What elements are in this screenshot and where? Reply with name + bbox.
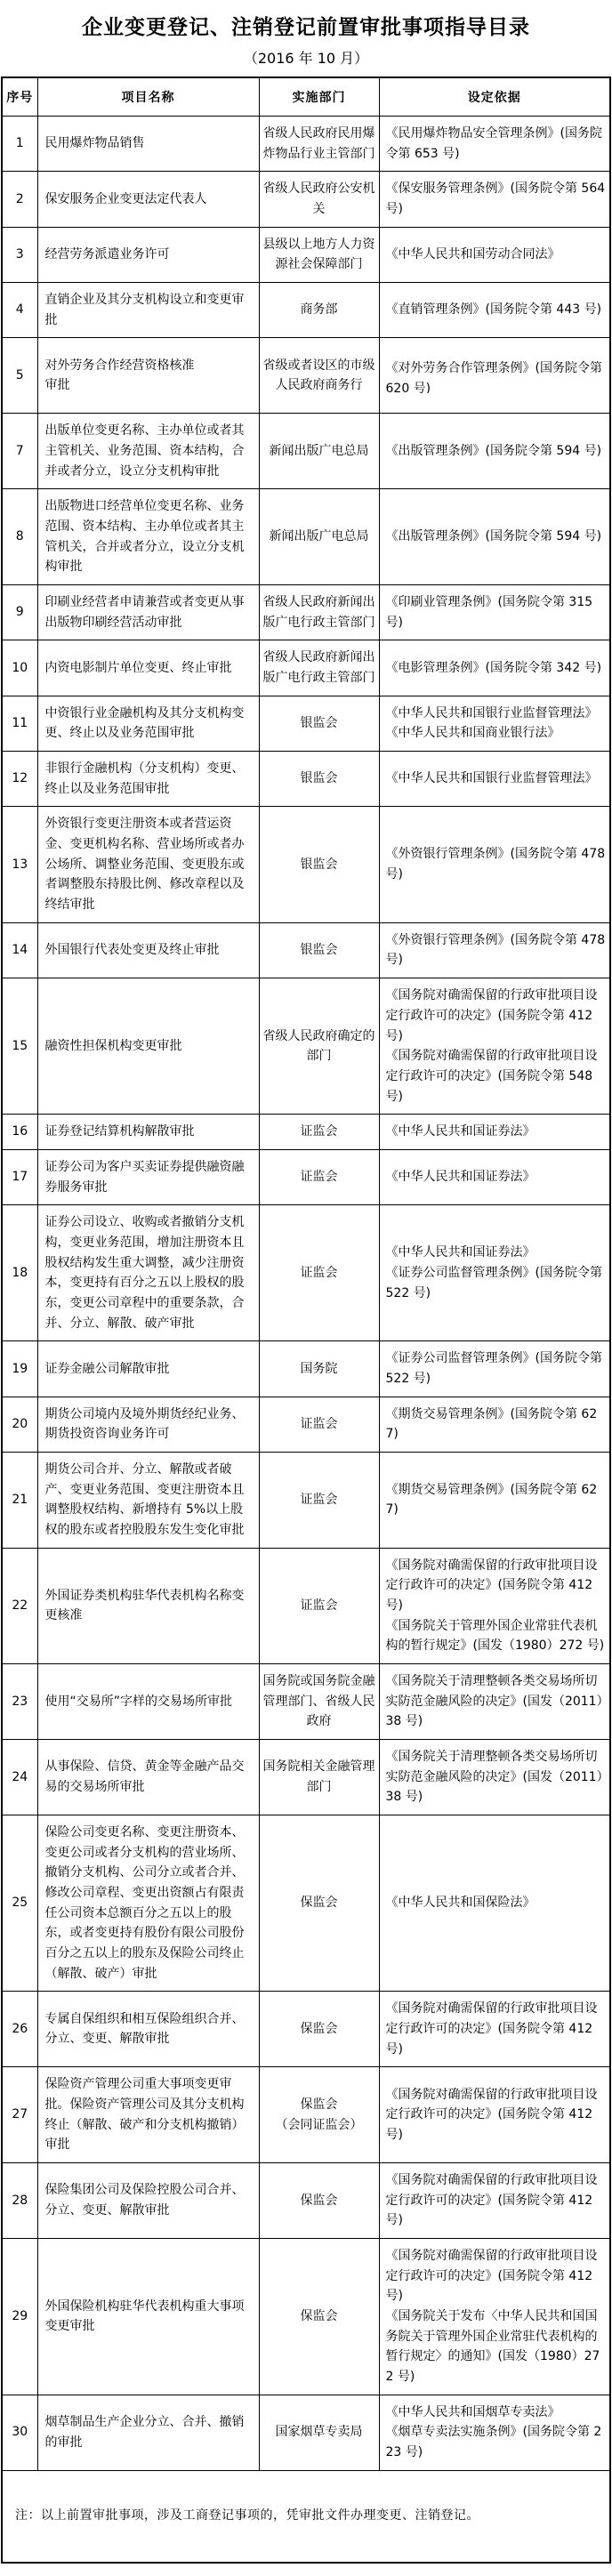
- legal-basis-cell: 《证券公司监督管理条例》(国务院令第 522 号): [379, 1341, 610, 1397]
- legal-basis-item: 《期货交易管理条例》(国务院令第 627): [386, 1480, 608, 1520]
- legal-basis-item: 《外资银行管理条例》(国务院令第 478 号): [386, 930, 608, 970]
- department-cell: 保监会: [259, 2239, 379, 2395]
- project-name-cell: 保险公司变更名称、变更注册资本、变更公司或者分支机构的营业场所、撤销分支机构、公…: [37, 1815, 259, 1992]
- legal-basis-text: 《中华人民共和国证券法》: [386, 1122, 608, 1142]
- seq-cell: 16: [2, 1115, 37, 1150]
- legal-basis-cell: 《电影管理条例》(国务院令第 342 号): [379, 640, 610, 696]
- department-cell: 证监会: [259, 1548, 379, 1663]
- seq-cell: 17: [2, 1149, 37, 1204]
- legal-basis-cell: 《中华人民共和国证券法》: [379, 1115, 610, 1150]
- department-cell: 国务院相关金融管理部门: [259, 1739, 379, 1815]
- legal-basis-item: 《烟草专卖法实施条例》(国务院令第 223 号): [386, 2422, 608, 2462]
- legal-basis-item: 《证券公司监督管理条例》(国务院令第 522 号): [386, 1263, 608, 1303]
- legal-basis-text: 《保安服务管理条例》(国务院令第 564 号): [386, 179, 608, 219]
- legal-basis-text: 《民用爆炸物品安全管理条例》(国务院令第 653 号): [386, 124, 608, 164]
- legal-basis-cell: 《出版管理条例》(国务院令第 594 号): [379, 489, 610, 585]
- legal-basis-item: 《民用爆炸物品安全管理条例》(国务院令第 653 号): [386, 124, 608, 164]
- legal-basis-text: 《国务院对确需保留的行政审批项目设定行政许可的决定》(国务院令第 412 号): [386, 1999, 608, 2059]
- note-row: 注：以上前置审批事项，涉及工商登记事项的，凭审批文件办理变更、注销登记。: [2, 2470, 610, 2563]
- project-name-cell: 民用爆炸物品销售: [37, 117, 259, 172]
- project-name-cell: 出版单位变更名称、主办单位或者其主管机关、业务范围、资本结构，合并或者分立，设立…: [37, 414, 259, 489]
- seq-cell: 19: [2, 1341, 37, 1397]
- legal-basis-text: 《国务院对确需保留的行政审批项目设定行政许可的决定》(国务院令第 412 号): [386, 2170, 608, 2231]
- department-cell: 证监会: [259, 1205, 379, 1341]
- legal-basis-cell: 《保安服务管理条例》(国务院令第 564 号): [379, 172, 610, 227]
- catalog-table: 序号项目名称实施部门设定依据 1民用爆炸物品销售省级人民政府民用爆炸物品行业主管…: [1, 76, 611, 2564]
- seq-cell: 15: [2, 978, 37, 1115]
- table-row: 2保安服务企业变更法定代表人省级人民政府公安机关《保安服务管理条例》(国务院令第…: [2, 172, 610, 227]
- legal-basis-cell: 《对外劳务合作管理条例》(国务院令第 620 号): [379, 338, 610, 414]
- department-cell: 省级人民政府民用爆炸物品行业主管部门: [259, 117, 379, 172]
- project-name-cell: 非银行金融机构（分支机构）变更、终止以及业务范围审批: [37, 752, 259, 807]
- column-header-1: 项目名称: [37, 77, 259, 117]
- project-name-cell: 内资电影制片单位变更、终止审批: [37, 640, 259, 696]
- table-row: 27保险资产管理公司重大事项变更审批。保险资产管理公司及其分支机构终止（解散、破…: [2, 2067, 610, 2163]
- department-cell: 省级人民政府确定的部门: [259, 978, 379, 1115]
- legal-basis-cell: 《中华人民共和国银行业监督管理法》《中华人民共和国商业银行法》: [379, 696, 610, 751]
- seq-cell: 28: [2, 2163, 37, 2239]
- department-cell: 新闻出版广电总局: [259, 414, 379, 489]
- department-cell: 证监会: [259, 1452, 379, 1548]
- legal-basis-text: 《外资银行管理条例》(国务院令第 478 号): [386, 930, 608, 970]
- table-row: 12非银行金融机构（分支机构）变更、终止以及业务范围审批银监会《中华人民共和国银…: [2, 752, 610, 807]
- project-name-cell: 对外劳务合作经营资格核准 审批: [37, 338, 259, 414]
- legal-basis-cell: 《中华人民共和国劳动合同法》: [379, 227, 610, 282]
- footnote: 注：以上前置审批事项，涉及工商登记事项的，凭审批文件办理变更、注销登记。: [2, 2470, 610, 2563]
- project-name-cell: 烟草制品生产企业分立、合并、撤销的审批: [37, 2395, 259, 2470]
- legal-basis-item: 《国务院关于发布〈中华人民共和国国务院关于管理外国企业常驻代表机构的暂行规定〉的…: [386, 2306, 608, 2387]
- seq-cell: 13: [2, 807, 37, 922]
- table-row: 9印刷业经营者申请兼营或者变更从事出版物印刷经营活动审批省级人民政府新闻出版广电…: [2, 585, 610, 640]
- seq-cell: 24: [2, 1739, 37, 1815]
- legal-basis-text: 《出版管理条例》(国务院令第 594 号): [386, 441, 608, 462]
- legal-basis-text: 《期货交易管理条例》(国务院令第 627): [386, 1405, 608, 1445]
- table-row: 13外资银行变更注册资本或者营运资金、变更机构名称、营业场所或者办公场所、调整业…: [2, 807, 610, 922]
- legal-basis-text: 《中华人民共和国银行业监督管理法》: [386, 769, 608, 789]
- project-name-cell: 保险资产管理公司重大事项变更审批。保险资产管理公司及其分支机构终止（解散、破产和…: [37, 2067, 259, 2163]
- legal-basis-cell: 《国务院对确需保留的行政审批项目设定行政许可的决定》(国务院令第 412 号)《…: [379, 2239, 610, 2395]
- table-row: 25保险公司变更名称、变更注册资本、变更公司或者分支机构的营业场所、撤销分支机构…: [2, 1815, 610, 1992]
- seq-cell: 9: [2, 585, 37, 640]
- legal-basis-text: 《印刷业管理条例》(国务院令第 315 号): [386, 592, 608, 632]
- column-header-0: 序号: [2, 77, 37, 117]
- table-row: 23使用“交易所”字样的交易场所审批国务院或国务院金融管理部门、省级人民政府《国…: [2, 1663, 610, 1739]
- department-cell: 银监会: [259, 696, 379, 751]
- legal-basis-cell: 《期货交易管理条例》(国务院令第 627): [379, 1452, 610, 1548]
- seq-cell: 18: [2, 1205, 37, 1341]
- seq-cell: 5: [2, 338, 37, 414]
- legal-basis-item: 《保安服务管理条例》(国务院令第 564 号): [386, 179, 608, 219]
- table-row: 4直销企业及其分支机构设立和变更审批商务部《直销管理条例》(国务院令第 443 …: [2, 283, 610, 338]
- legal-basis-item: 《电影管理条例》(国务院令第 342 号): [386, 658, 608, 679]
- legal-basis-cell: 《中华人民共和国银行业监督管理法》: [379, 752, 610, 807]
- department-cell: 国家烟草专卖局: [259, 2395, 379, 2470]
- legal-basis-item: 《中华人民共和国证券法》: [386, 1167, 608, 1187]
- legal-basis-item: 《国务院对确需保留的行政审批项目设定行政许可的决定》(国务院令第 412 号): [386, 2170, 608, 2231]
- legal-basis-text: 《中华人民共和国保险法》: [386, 1893, 608, 1913]
- seq-cell: 27: [2, 2067, 37, 2163]
- legal-basis-item: 《中华人民共和国证券法》: [386, 1122, 608, 1142]
- table-row: 18证券公司设立、收购或者撤销分支机构，变更业务范围，增加注册资本且股权结构发生…: [2, 1205, 610, 1341]
- legal-basis-item: 《中华人民共和国证券法》: [386, 1243, 608, 1263]
- seq-cell: 14: [2, 922, 37, 978]
- department-cell: 银监会: [259, 922, 379, 978]
- legal-basis-item: 《国务院对确需保留的行政审批项目设定行政许可的决定》(国务院令第 412 号): [386, 986, 608, 1046]
- column-header-3: 设定依据: [379, 77, 610, 117]
- seq-cell: 20: [2, 1397, 37, 1452]
- legal-basis-item: 《国务院对确需保留的行政审批项目设定行政许可的决定》(国务院令第 412 号): [386, 1556, 608, 1616]
- table-row: 28保险集团公司及保险控股公司合并、分立、变更、解散审批保监会《国务院对确需保留…: [2, 2163, 610, 2239]
- legal-basis-text: 《中华人民共和国证券法》《证券公司监督管理条例》(国务院令第 522 号): [386, 1243, 608, 1303]
- document: 企业变更登记、注销登记前置审批事项指导目录 （2016 年 10 月） 序号项目…: [0, 0, 612, 2576]
- department-cell: 县级以上地方人力资源社会保障部门: [259, 227, 379, 282]
- table-row: 7出版单位变更名称、主办单位或者其主管机关、业务范围、资本结构，合并或者分立，设…: [2, 414, 610, 489]
- project-name-cell: 证券公司设立、收购或者撤销分支机构，变更业务范围，增加注册资本且股权结构发生重大…: [37, 1205, 259, 1341]
- legal-basis-item: 《国务院对确需保留的行政审批项目设定行政许可的决定》(国务院令第 412 号): [386, 2246, 608, 2306]
- legal-basis-cell: 《印刷业管理条例》(国务院令第 315 号): [379, 585, 610, 640]
- seq-cell: 21: [2, 1452, 37, 1548]
- legal-basis-text: 《国务院对确需保留的行政审批项目设定行政许可的决定》(国务院令第 412 号)《…: [386, 2246, 608, 2387]
- legal-basis-text: 《证券公司监督管理条例》(国务院令第 522 号): [386, 1348, 608, 1389]
- table-row: 8出版物进口经营单位变更名称、业务范围、资本结构、主办单位或者其主管机关，合并或…: [2, 489, 610, 585]
- table-body: 1民用爆炸物品销售省级人民政府民用爆炸物品行业主管部门《民用爆炸物品安全管理条例…: [2, 117, 610, 2563]
- legal-basis-cell: 《期货交易管理条例》(国务院令第 627): [379, 1397, 610, 1452]
- legal-basis-text: 《中华人民共和国劳动合同法》: [386, 245, 608, 265]
- project-name-cell: 外国保险机构驻华代表机构重大事项变更审批: [37, 2239, 259, 2395]
- project-name-cell: 出版物进口经营单位变更名称、业务范围、资本结构、主办单位或者其主管机关，合并或者…: [37, 489, 259, 585]
- legal-basis-item: 《国务院关于清理整顿各类交易场所切实防范金融风险的决定》(国发（2011）38 …: [386, 1747, 608, 1807]
- seq-cell: 1: [2, 117, 37, 172]
- legal-basis-item: 《出版管理条例》(国务院令第 594 号): [386, 441, 608, 462]
- table-row: 24从事保险、信贷、黄金等金融产品交易的交易场所审批国务院相关金融管理部门《国务…: [2, 1739, 610, 1815]
- project-name-cell: 直销企业及其分支机构设立和变更审批: [37, 283, 259, 338]
- legal-basis-cell: 《国务院对确需保留的行政审批项目设定行政许可的决定》(国务院令第 412 号): [379, 2067, 610, 2163]
- project-name-cell: 证券公司为客户买卖证券提供融资融券服务审批: [37, 1149, 259, 1204]
- legal-basis-text: 《国务院对确需保留的行政审批项目设定行政许可的决定》(国务院令第 412 号)《…: [386, 1556, 608, 1656]
- column-header-2: 实施部门: [259, 77, 379, 117]
- legal-basis-item: 《中华人民共和国银行业监督管理法》: [386, 704, 608, 724]
- department-cell: 省级或者设区的市级人民政府商务行: [259, 338, 379, 414]
- table-row: 16证券登记结算机构解散审批证监会《中华人民共和国证券法》: [2, 1115, 610, 1150]
- legal-basis-text: 《出版管理条例》(国务院令第 594 号): [386, 527, 608, 547]
- legal-basis-item: 《中华人民共和国劳动合同法》: [386, 245, 608, 265]
- legal-basis-text: 《国务院对确需保留的行政审批项目设定行政许可的决定》(国务院令第 412 号)《…: [386, 986, 608, 1107]
- legal-basis-text: 《国务院对确需保留的行政审批项目设定行政许可的决定》(国务院令第 412 号): [386, 2085, 608, 2145]
- legal-basis-cell: 《外资银行管理条例》(国务院令第 478 号): [379, 807, 610, 922]
- table-row: 21期货公司合并、分立、解散或者破产、变更业务范围、变更注册资本且调整股权结构、…: [2, 1452, 610, 1548]
- legal-basis-cell: 《国务院对确需保留的行政审批项目设定行政许可的决定》(国务院令第 412 号)《…: [379, 978, 610, 1115]
- legal-basis-text: 《期货交易管理条例》(国务院令第 627): [386, 1480, 608, 1520]
- project-name-cell: 从事保险、信贷、黄金等金融产品交易的交易场所审批: [37, 1739, 259, 1815]
- seq-cell: 11: [2, 696, 37, 751]
- seq-cell: 7: [2, 414, 37, 489]
- table-row: 10内资电影制片单位变更、终止审批省级人民政府新闻出版广电行政主管部门《电影管理…: [2, 640, 610, 696]
- legal-basis-text: 《国务院关于清理整顿各类交易场所切实防范金融风险的决定》(国发（2011）38 …: [386, 1671, 608, 1732]
- department-cell: 证监会: [259, 1397, 379, 1452]
- legal-basis-item: 《证券公司监督管理条例》(国务院令第 522 号): [386, 1348, 608, 1389]
- legal-basis-cell: 《出版管理条例》(国务院令第 594 号): [379, 414, 610, 489]
- legal-basis-item: 《外资银行管理条例》(国务院令第 478 号): [386, 844, 608, 884]
- department-cell: 省级人民政府公安机关: [259, 172, 379, 227]
- legal-basis-cell: 《中华人民共和国证券法》《证券公司监督管理条例》(国务院令第 522 号): [379, 1205, 610, 1341]
- seq-cell: 4: [2, 283, 37, 338]
- project-name-cell: 外国证券类机构驻华代表机构名称变更核准: [37, 1548, 259, 1663]
- legal-basis-item: 《国务院对确需保留的行政审批项目设定行政许可的决定》(国务院令第 412 号): [386, 2085, 608, 2145]
- project-name-cell: 外资银行变更注册资本或者营运资金、变更机构名称、营业场所或者办公场所、调整业务范…: [37, 807, 259, 922]
- project-name-cell: 中资银行业金融机构及其分支机构变更、终止以及业务范围审批: [37, 696, 259, 751]
- department-cell: 省级人民政府新闻出版广电行政主管部门: [259, 585, 379, 640]
- legal-basis-item: 《国务院关于清理整顿各类交易场所切实防范金融风险的决定》(国发（2011）38 …: [386, 1671, 608, 1732]
- department-cell: 证监会: [259, 1149, 379, 1204]
- department-cell: 国务院或国务院金融管理部门、省级人民政府: [259, 1663, 379, 1739]
- legal-basis-text: 《中华人民共和国烟草专卖法》《烟草专卖法实施条例》(国务院令第 223 号): [386, 2403, 608, 2463]
- project-name-cell: 印刷业经营者申请兼营或者变更从事出版物印刷经营活动审批: [37, 585, 259, 640]
- legal-basis-text: 《对外劳务合作管理条例》(国务院令第 620 号): [386, 358, 608, 393]
- project-name-cell: 外国银行代表处变更及终止审批: [37, 922, 259, 978]
- legal-basis-item: 《中华人民共和国烟草专卖法》: [386, 2403, 608, 2423]
- project-name-cell: 期货公司合并、分立、解散或者破产、变更业务范围、变更注册资本且调整股权结构、新增…: [37, 1452, 259, 1548]
- department-cell: 银监会: [259, 752, 379, 807]
- legal-basis-text: 《外资银行管理条例》(国务院令第 478 号): [386, 844, 608, 884]
- legal-basis-cell: 《国务院关于清理整顿各类交易场所切实防范金融风险的决定》(国发（2011）38 …: [379, 1663, 610, 1739]
- project-name-cell: 保安服务企业变更法定代表人: [37, 172, 259, 227]
- legal-basis-item: 《印刷业管理条例》(国务院令第 315 号): [386, 592, 608, 632]
- table-row: 15融资性担保机构变更审批省级人民政府确定的部门《国务院对确需保留的行政审批项目…: [2, 978, 610, 1115]
- project-name-cell: 期货公司境内及境外期货经纪业务、期货投资咨询业务许可: [37, 1397, 259, 1452]
- legal-basis-cell: 《民用爆炸物品安全管理条例》(国务院令第 653 号): [379, 117, 610, 172]
- legal-basis-text: 《中华人民共和国银行业监督管理法》《中华人民共和国商业银行法》: [386, 704, 608, 744]
- seq-cell: 10: [2, 640, 37, 696]
- legal-basis-cell: 《外资银行管理条例》(国务院令第 478 号): [379, 922, 610, 978]
- table-row: 22外国证券类机构驻华代表机构名称变更核准证监会《国务院对确需保留的行政审批项目…: [2, 1548, 610, 1663]
- table-row: 19证券金融公司解散审批国务院《证券公司监督管理条例》(国务院令第 522 号): [2, 1341, 610, 1397]
- seq-cell: 26: [2, 1992, 37, 2067]
- project-name-cell: 证券金融公司解散审批: [37, 1341, 259, 1397]
- legal-basis-item: 《国务院对确需保留的行政审批项目设定行政许可的决定》(国务院令第 412 号): [386, 1999, 608, 2059]
- department-cell: 省级人民政府新闻出版广电行政主管部门: [259, 640, 379, 696]
- department-cell: 新闻出版广电总局: [259, 489, 379, 585]
- table-row: 17证券公司为客户买卖证券提供融资融券服务审批证监会《中华人民共和国证券法》: [2, 1149, 610, 1204]
- table-row: 20期货公司境内及境外期货经纪业务、期货投资咨询业务许可证监会《期货交易管理条例…: [2, 1397, 610, 1452]
- seq-cell: 12: [2, 752, 37, 807]
- table-row: 11中资银行业金融机构及其分支机构变更、终止以及业务范围审批银监会《中华人民共和…: [2, 696, 610, 751]
- legal-basis-cell: 《国务院对确需保留的行政审批项目设定行政许可的决定》(国务院令第 412 号): [379, 2163, 610, 2239]
- legal-basis-cell: 《国务院对确需保留的行政审批项目设定行政许可的决定》(国务院令第 412 号): [379, 1992, 610, 2067]
- header-row: 序号项目名称实施部门设定依据: [2, 77, 610, 117]
- legal-basis-text: 《电影管理条例》(国务院令第 342 号): [386, 658, 608, 679]
- legal-basis-item: 《国务院对确需保留的行政审批项目设定行政许可的决定》(国务院令第 548 号): [386, 1046, 608, 1107]
- legal-basis-item: 《出版管理条例》(国务院令第 594 号): [386, 527, 608, 547]
- table-row: 3经营劳务派遣业务许可县级以上地方人力资源社会保障部门《中华人民共和国劳动合同法…: [2, 227, 610, 282]
- legal-basis-item: 《中华人民共和国商业银行法》: [386, 723, 608, 744]
- seq-cell: 22: [2, 1548, 37, 1663]
- department-cell: 商务部: [259, 283, 379, 338]
- legal-basis-cell: 《国务院对确需保留的行政审批项目设定行政许可的决定》(国务院令第 412 号)《…: [379, 1548, 610, 1663]
- department-cell: 保监会 （会同证监会）: [259, 2067, 379, 2163]
- legal-basis-cell: 《国务院关于清理整顿各类交易场所切实防范金融风险的决定》(国发（2011）38 …: [379, 1739, 610, 1815]
- legal-basis-item: 《国务院关于管理外国企业常驻代表机构的暂行规定》(国发（1980）272 号): [386, 1616, 608, 1656]
- seq-cell: 30: [2, 2395, 37, 2470]
- legal-basis-item: 《对外劳务合作管理条例》(国务院令第 620 号): [386, 358, 608, 393]
- project-name-cell: 使用“交易所”字样的交易场所审批: [37, 1663, 259, 1739]
- table-row: 26专属自保组织和相互保险组织合并、分立、变更、解散审批保监会《国务院对确需保留…: [2, 1992, 610, 2067]
- legal-basis-cell: 《中华人民共和国烟草专卖法》《烟草专卖法实施条例》(国务院令第 223 号): [379, 2395, 610, 2470]
- table-row: 1民用爆炸物品销售省级人民政府民用爆炸物品行业主管部门《民用爆炸物品安全管理条例…: [2, 117, 610, 172]
- project-name-cell: 经营劳务派遣业务许可: [37, 227, 259, 282]
- legal-basis-item: 《中华人民共和国保险法》: [386, 1893, 608, 1913]
- department-cell: 国务院: [259, 1341, 379, 1397]
- seq-cell: 3: [2, 227, 37, 282]
- table-row: 14外国银行代表处变更及终止审批银监会《外资银行管理条例》(国务院令第 478 …: [2, 922, 610, 978]
- seq-cell: 25: [2, 1815, 37, 1992]
- table-row: 5对外劳务合作经营资格核准 审批省级或者设区的市级人民政府商务行《对外劳务合作管…: [2, 338, 610, 414]
- project-name-cell: 保险集团公司及保险控股公司合并、分立、变更、解散审批: [37, 2163, 259, 2239]
- project-name-cell: 专属自保组织和相互保险组织合并、分立、变更、解散审批: [37, 1992, 259, 2067]
- project-name-cell: 融资性担保机构变更审批: [37, 978, 259, 1115]
- legal-basis-item: 《中华人民共和国银行业监督管理法》: [386, 769, 608, 789]
- department-cell: 银监会: [259, 807, 379, 922]
- seq-cell: 8: [2, 489, 37, 585]
- department-cell: 保监会: [259, 1815, 379, 1992]
- department-cell: 保监会: [259, 2163, 379, 2239]
- table-row: 29外国保险机构驻华代表机构重大事项变更审批保监会《国务院对确需保留的行政审批项…: [2, 2239, 610, 2395]
- project-name-cell: 证券登记结算机构解散审批: [37, 1115, 259, 1150]
- page-title: 企业变更登记、注销登记前置审批事项指导目录: [0, 11, 612, 40]
- legal-basis-cell: 《中华人民共和国证券法》: [379, 1149, 610, 1204]
- table-row: 30烟草制品生产企业分立、合并、撤销的审批国家烟草专卖局《中华人民共和国烟草专卖…: [2, 2395, 610, 2470]
- seq-cell: 23: [2, 1663, 37, 1739]
- department-cell: 证监会: [259, 1115, 379, 1150]
- legal-basis-item: 《直销管理条例》(国务院令第 443 号): [386, 300, 608, 320]
- legal-basis-text: 《中华人民共和国证券法》: [386, 1167, 608, 1187]
- legal-basis-text: 《直销管理条例》(国务院令第 443 号): [386, 300, 608, 320]
- page-subtitle: （2016 年 10 月）: [0, 47, 612, 68]
- legal-basis-cell: 《直销管理条例》(国务院令第 443 号): [379, 283, 610, 338]
- seq-cell: 29: [2, 2239, 37, 2395]
- department-cell: 保监会: [259, 1992, 379, 2067]
- legal-basis-item: 《期货交易管理条例》(国务院令第 627): [386, 1405, 608, 1445]
- seq-cell: 2: [2, 172, 37, 227]
- legal-basis-cell: 《中华人民共和国保险法》: [379, 1815, 610, 1992]
- legal-basis-text: 《国务院关于清理整顿各类交易场所切实防范金融风险的决定》(国发（2011）38 …: [386, 1747, 608, 1807]
